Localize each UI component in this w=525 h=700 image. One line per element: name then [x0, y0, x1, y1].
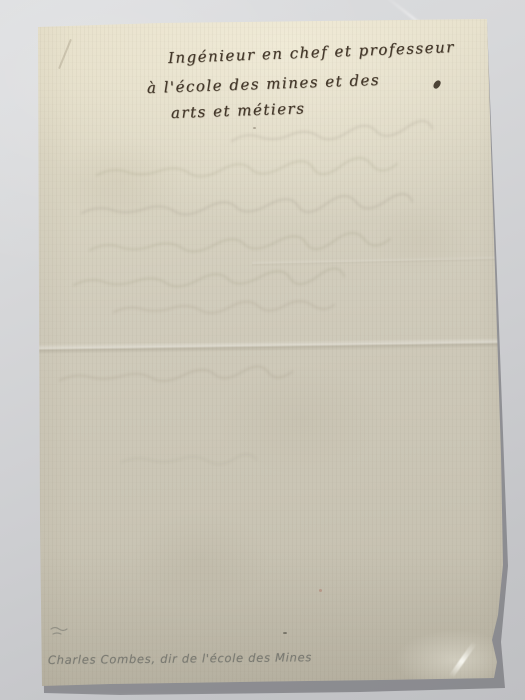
ink-inscription-line: à l'école des mines et des: [147, 70, 381, 98]
paper-speck: [283, 632, 287, 634]
pencil-annotation: Charles Combes, dir de l'école des Mines: [48, 650, 312, 667]
ink-inscription: Ingénieur en chef et professeur à l'écol…: [0, 0, 525, 700]
ink-inscription-line: Ingénieur en chef et professeur: [168, 37, 456, 68]
paper-speck: [319, 589, 322, 592]
photo-backdrop: Ingénieur en chef et professeur à l'écol…: [0, 0, 525, 700]
paper-speck: [253, 127, 256, 129]
pencil-scribble-mark: [48, 624, 72, 638]
ink-inscription-line: arts et métiers: [171, 98, 306, 123]
manuscript-page: Ingénieur en chef et professeur à l'écol…: [0, 0, 525, 700]
